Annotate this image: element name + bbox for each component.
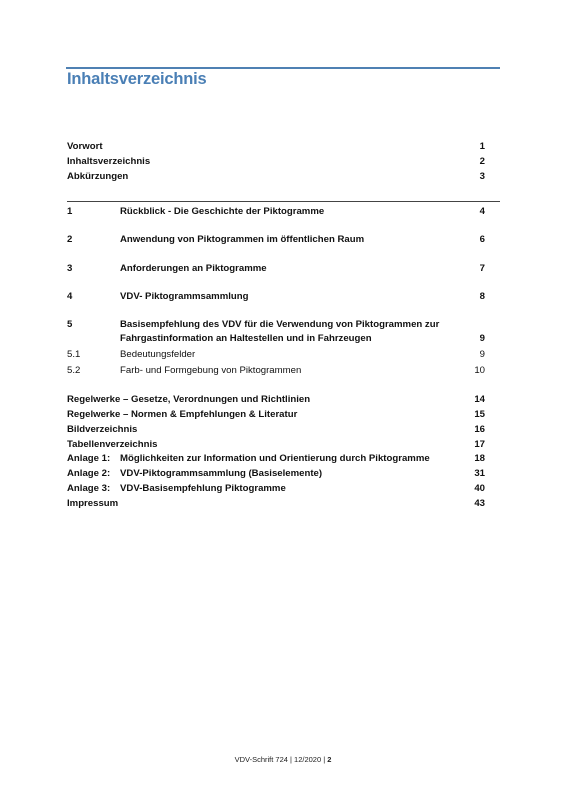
toc-label: Regelwerke – Normen & Empfehlungen & Lit… — [67, 408, 297, 422]
toc-label: VDV-Basisempfehlung Piktogramme — [120, 482, 286, 496]
toc-entry-chapter-5-2[interactable]: 5.2 Farb- und Formgebung von Piktogramme… — [67, 364, 485, 378]
toc-label: Bildverzeichnis — [67, 423, 137, 437]
toc-entry-chapter-2[interactable]: 2 Anwendung von Piktogrammen im öffentli… — [67, 233, 485, 247]
toc-page: 10 — [474, 364, 485, 378]
toc-label: Anwendung von Piktogrammen im öffentlich… — [120, 233, 364, 247]
toc-label: Tabellenverzeichnis — [67, 438, 157, 452]
toc-page: 3 — [480, 170, 485, 184]
toc-number: 2 — [67, 233, 72, 247]
toc-page: 15 — [474, 408, 485, 422]
toc-entry-abkuerzungen[interactable]: Abkürzungen 3 — [67, 170, 485, 184]
footer-text: VDV-Schrift 724 | 12/2020 | — [235, 755, 328, 764]
toc-entry-inhaltsverzeichnis[interactable]: Inhaltsverzeichnis 2 — [67, 155, 485, 169]
toc-entry-anlage-1[interactable]: Anlage 1: Möglichkeiten zur Information … — [67, 452, 485, 466]
toc-entry-regelwerke-gesetze[interactable]: Regelwerke – Gesetze, Verordnungen und R… — [67, 393, 485, 407]
toc-label: Inhaltsverzeichnis — [67, 155, 150, 169]
toc-entry-regelwerke-normen[interactable]: Regelwerke – Normen & Empfehlungen & Lit… — [67, 408, 485, 422]
toc-entry-impressum[interactable]: Impressum 43 — [67, 497, 485, 511]
toc-entry-anlage-3[interactable]: Anlage 3: VDV-Basisempfehlung Piktogramm… — [67, 482, 485, 496]
toc-entry-tabellenverzeichnis[interactable]: Tabellenverzeichnis 17 — [67, 438, 485, 452]
toc-number: 5 — [67, 318, 72, 332]
toc-page: 8 — [480, 290, 485, 304]
toc-label: Möglichkeiten zur Information und Orient… — [120, 452, 430, 466]
toc-label: Vorwort — [67, 140, 103, 154]
toc-label: Farb- und Formgebung von Piktogrammen — [120, 364, 301, 378]
toc-entry-anlage-2[interactable]: Anlage 2: VDV-Piktogrammsammlung (Basise… — [67, 467, 485, 481]
toc-entry-chapter-1[interactable]: 1 Rückblick - Die Geschichte der Piktogr… — [67, 205, 485, 219]
toc-page: 40 — [474, 482, 485, 496]
toc-entry-chapter-4[interactable]: 4 VDV- Piktogrammsammlung 8 — [67, 290, 485, 304]
toc-number: Anlage 2: — [67, 467, 110, 481]
toc-page: 4 — [480, 205, 485, 219]
toc-page: 6 — [480, 233, 485, 247]
chapter-separator — [67, 201, 500, 202]
footer-page-number: 2 — [327, 755, 331, 764]
toc-entry-chapter-3[interactable]: 3 Anforderungen an Piktogramme 7 — [67, 262, 485, 276]
toc-page: 18 — [474, 452, 485, 466]
toc-page: 14 — [474, 393, 485, 407]
toc-page: 43 — [474, 497, 485, 511]
toc-page: 31 — [474, 467, 485, 481]
toc-page: 9 — [480, 348, 485, 362]
toc-label: Fahrgastinformation an Haltestellen und … — [120, 332, 372, 346]
toc-label: Anforderungen an Piktogramme — [120, 262, 267, 276]
title-rule — [66, 67, 500, 69]
toc-page: 7 — [480, 262, 485, 276]
toc-label: Abkürzungen — [67, 170, 128, 184]
toc-page: 16 — [474, 423, 485, 437]
toc-entry-chapter-5-1[interactable]: 5.1 Bedeutungsfelder 9 — [67, 348, 485, 362]
toc-number: 1 — [67, 205, 72, 219]
toc-page: 1 — [480, 140, 485, 154]
toc-label: Bedeutungsfelder — [120, 348, 195, 362]
toc-number: Anlage 3: — [67, 482, 110, 496]
toc-number: 5.1 — [67, 348, 80, 362]
toc-page: 9 — [480, 332, 485, 346]
toc-label: VDV- Piktogrammsammlung — [120, 290, 248, 304]
toc-entry-bildverzeichnis[interactable]: Bildverzeichnis 16 — [67, 423, 485, 437]
toc-label: Rückblick - Die Geschichte der Piktogram… — [120, 205, 324, 219]
toc-label: Regelwerke – Gesetze, Verordnungen und R… — [67, 393, 310, 407]
toc-label: VDV-Piktogrammsammlung (Basiselemente) — [120, 467, 322, 481]
toc-number: 4 — [67, 290, 72, 304]
toc-number: 3 — [67, 262, 72, 276]
toc-label: Basisempfehlung des VDV für die Verwendu… — [120, 318, 439, 332]
toc-entry-chapter-5-cont[interactable]: Fahrgastinformation an Haltestellen und … — [67, 332, 485, 346]
toc-label: Impressum — [67, 497, 118, 511]
toc-page: 17 — [474, 438, 485, 452]
toc-entry-chapter-5[interactable]: 5 Basisempfehlung des VDV für die Verwen… — [67, 318, 485, 332]
page-title: Inhaltsverzeichnis — [67, 70, 206, 89]
toc-number: 5.2 — [67, 364, 80, 378]
toc-page: 2 — [480, 155, 485, 169]
page-footer: VDV-Schrift 724 | 12/2020 | 2 — [0, 755, 566, 764]
toc-entry-vorwort[interactable]: Vorwort 1 — [67, 140, 485, 154]
toc-number: Anlage 1: — [67, 452, 110, 466]
